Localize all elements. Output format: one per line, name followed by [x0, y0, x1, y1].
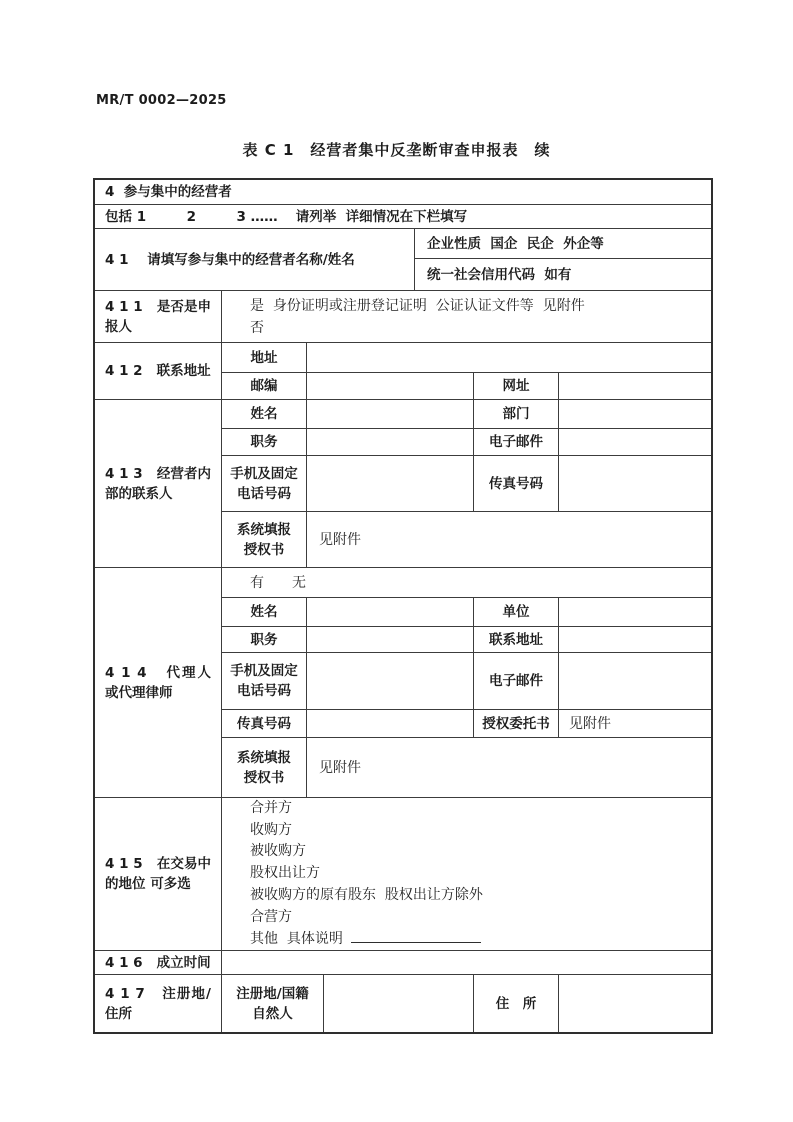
enterprise-nature-label: 企业性质 国企 民企 外企等: [427, 234, 604, 254]
row-412: 4 1 2 联系地址 地址 邮编 网址: [95, 343, 711, 400]
row-414-label: 4 1 4 代理人 或代理律师: [105, 663, 211, 703]
agent-phone-blank-cell: [307, 653, 474, 709]
row-412-label: 4 1 2 联系地址: [105, 361, 211, 381]
agent-fax-blank-cell: [307, 710, 474, 737]
postcode-blank-cell: [307, 373, 474, 399]
establish-date-blank-cell: [222, 951, 711, 974]
position-label: 职务: [251, 432, 278, 452]
agent-fax-label: 传真号码: [237, 714, 291, 734]
role-option-equity-transferor: 股权出让方: [250, 863, 711, 885]
row-417: 4 1 7 注册地/住所 注册地/国籍 自然人 住 所: [95, 975, 711, 1032]
document-page: MR/T 0002—2025 表 C 1 经营者集中反垄断审查申报表 续 4 参…: [0, 0, 793, 1122]
agent-phone-label: 手机及固定 电话号码: [230, 661, 298, 701]
role-option-acquirer: 收购方: [250, 820, 711, 842]
agent-email-blank-cell: [559, 653, 711, 709]
section-4-header-row: 4 参与集中的经营者: [95, 180, 711, 205]
agent-position-label: 职务: [251, 630, 278, 650]
credit-code-label: 统一社会信用代码 如有: [427, 265, 571, 285]
row-41: 4 1 请填写参与集中的经营者名称/姓名 企业性质 国企 民企 外企等 统一社会…: [95, 229, 711, 291]
registration-place-label: 注册地/国籍 自然人: [236, 984, 308, 1024]
row-413-label: 4 1 3 经营者内部的联系人: [105, 464, 211, 504]
fax-label: 传真号码: [489, 474, 543, 494]
role-option-merger: 合并方: [250, 798, 711, 820]
agent-unit-blank-cell: [559, 598, 711, 626]
include-note: 包括 1 2 3 …… 请列举 详细情况在下栏填写: [105, 207, 467, 227]
email-blank-cell: [559, 429, 711, 455]
email-label: 电子邮件: [489, 432, 543, 452]
position-blank-cell: [307, 429, 474, 455]
row-41-label: 4 1 请填写参与集中的经营者名称/姓名: [105, 250, 355, 270]
agent-system-auth-value: 见附件: [319, 757, 361, 779]
include-note-row: 包括 1 2 3 …… 请列举 详细情况在下栏填写: [95, 205, 711, 229]
role-option-acquired: 被收购方: [250, 841, 711, 863]
role-option-other: 其他 具体说明: [250, 929, 711, 951]
phone-blank-cell: [307, 456, 474, 511]
poa-label: 授权委托书: [482, 714, 550, 734]
agent-system-auth-label: 系统填报 授权书: [237, 748, 291, 788]
row-417-label: 4 1 7 注册地/住所: [105, 984, 211, 1024]
row-411-yes-option: 是 身份证明或注册登记证明 公证认证文件等 见附件: [250, 295, 711, 317]
row-415-label: 4 1 5 在交易中的地位 可多选: [105, 854, 211, 894]
system-auth-value: 见附件: [319, 529, 361, 551]
role-option-original-shareholder: 被收购方的原有股东 股权出让方除外: [250, 885, 711, 907]
agent-name-blank-cell: [307, 598, 474, 626]
address-blank-cell: [307, 343, 711, 372]
section-4-heading: 4 参与集中的经营者: [105, 182, 232, 202]
contact-name-label: 姓名: [251, 404, 278, 424]
department-label: 部门: [503, 404, 530, 424]
department-blank-cell: [559, 400, 711, 428]
contact-name-blank-cell: [307, 400, 474, 428]
agent-contact-label: 联系地址: [489, 630, 543, 650]
agent-name-label: 姓名: [251, 602, 278, 622]
website-label: 网址: [503, 376, 530, 396]
row-413: 4 1 3 经营者内部的联系人 姓名 部门 职务 电子邮件 手机及固定 电话号码: [95, 400, 711, 568]
row-411-no-option: 否: [250, 317, 711, 339]
agent-unit-label: 单位: [503, 602, 530, 622]
residence-blank-cell: [559, 975, 711, 1032]
declaration-form-table: 4 参与集中的经营者 包括 1 2 3 …… 请列举 详细情况在下栏填写 4 1…: [93, 178, 713, 1034]
registration-place-blank-cell: [324, 975, 474, 1032]
fill-in-blank-line: [351, 929, 481, 943]
agent-position-blank-cell: [307, 627, 474, 652]
row-414: 4 1 4 代理人 或代理律师 有 无 姓名 单位 职务 联系地址: [95, 568, 711, 798]
postcode-label: 邮编: [251, 376, 278, 396]
row-415: 4 1 5 在交易中的地位 可多选 合并方 收购方 被收购方 股权出让方 被收购…: [95, 798, 711, 951]
fax-blank-cell: [559, 456, 711, 511]
row-416: 4 1 6 成立时间: [95, 951, 711, 975]
address-label: 地址: [251, 348, 278, 368]
phone-label: 手机及固定 电话号码: [230, 464, 298, 504]
agent-contact-blank-cell: [559, 627, 711, 652]
residence-label: 住 所: [496, 994, 537, 1014]
row-416-label: 4 1 6 成立时间: [105, 953, 211, 973]
table-title: 表 C 1 经营者集中反垄断审查申报表 续: [0, 139, 793, 160]
poa-value: 见附件: [569, 713, 611, 735]
row-411-label: 4 1 1 是否是申报人: [105, 297, 211, 337]
have-none-options: 有 无: [250, 572, 306, 594]
standard-number: MR/T 0002—2025: [96, 93, 227, 108]
system-auth-label: 系统填报 授权书: [237, 520, 291, 560]
agent-email-label: 电子邮件: [489, 671, 543, 691]
row-411: 4 1 1 是否是申报人 是 身份证明或注册登记证明 公证认证文件等 见附件 否: [95, 291, 711, 343]
role-option-joint-venturer: 合营方: [250, 907, 711, 929]
website-blank-cell: [559, 373, 711, 399]
